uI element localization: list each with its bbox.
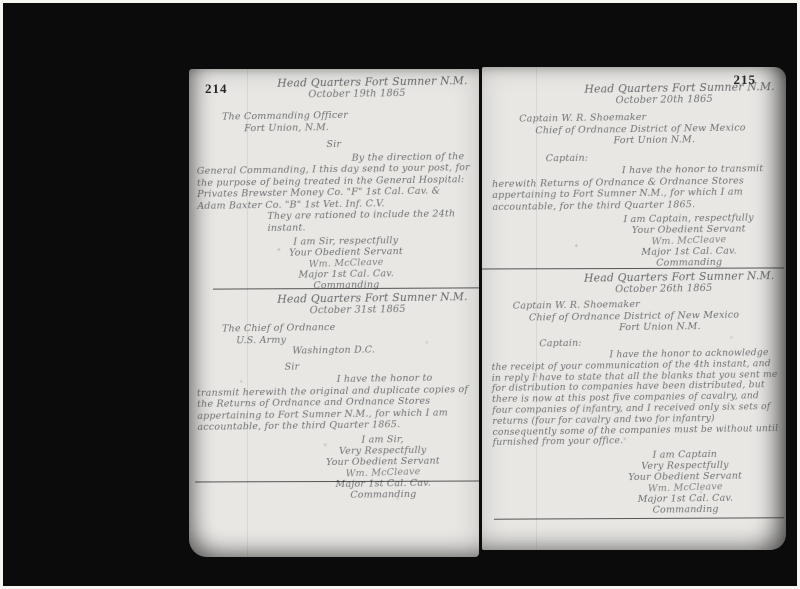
closing-block: I am Sir, Very Respectfully Your Obedien… — [298, 433, 469, 501]
letter-left-2: Head Quarters Fort Sumner N.M. October 3… — [196, 291, 473, 502]
letter-left-1: Head Quarters Fort Sumner N.M. October 1… — [196, 75, 473, 293]
letter-body-line: They are rationed to include the 24th in… — [267, 208, 471, 234]
letter-body: I have the honor to transmit herewith Re… — [492, 163, 779, 213]
letter-body: By the direction of the General Commandi… — [197, 151, 472, 212]
recipient-line: Fort Union, N.M. — [244, 120, 470, 135]
letter-body: I have the honor to transmit herewith th… — [197, 372, 472, 433]
letter-date: October 31st 1865 — [196, 303, 470, 318]
closing-line: Commanding — [298, 488, 468, 501]
closing-block: I am Captain, respectfully Your Obedient… — [601, 212, 778, 269]
recipient-line: Fort Union N.M. — [619, 320, 777, 334]
salutation: Sir — [326, 137, 470, 151]
letter-body: I have the honor to acknowledge the rece… — [491, 348, 778, 449]
microfilm-scan: 214 Head Quarters Fort Sumner N.M. Octob… — [0, 0, 800, 589]
salutation: Captain: — [546, 150, 778, 165]
letter-date: October 19th 1865 — [196, 87, 470, 102]
letter-separator-line — [494, 517, 784, 520]
closing-line: Commanding — [596, 503, 776, 517]
closing-block: I am Captain Very Respectfully Your Obed… — [595, 448, 776, 517]
letter-right-2: Head Quarters Fort Sumner N.M. October 2… — [490, 270, 779, 518]
closing-block: I am Sir, respectfully Your Obedient Ser… — [246, 234, 447, 292]
ledger-page-left: 214 Head Quarters Fort Sumner N.M. Octob… — [189, 69, 479, 557]
salutation: Sir — [284, 359, 470, 373]
letter-right-1: Head Quarters Fort Sumner N.M. October 2… — [491, 81, 780, 271]
recipient-line: Fort Union N.M. — [613, 133, 777, 147]
ledger-page-right: 215 Head Quarters Fort Sumner N.M. Octob… — [482, 67, 786, 550]
recipient-line: Washington D.C. — [292, 343, 470, 357]
